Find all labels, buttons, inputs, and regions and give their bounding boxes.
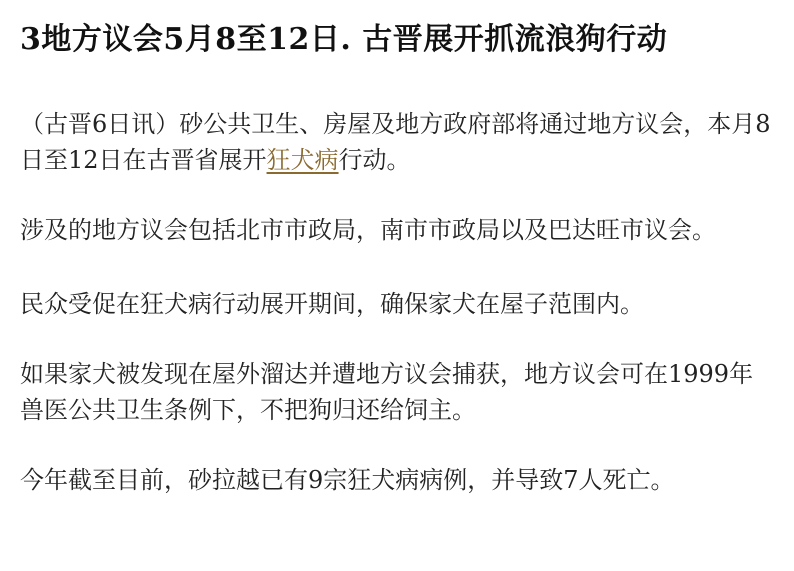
paragraph-lead-tail: 行动。 <box>339 146 411 174</box>
paragraph-statistics: 今年截至目前，砂拉越已有9宗狂犬病病例，并导致7人死亡。 <box>20 462 774 498</box>
paragraph-lead: （古晋6日讯）砂公共卫生、房屋及地方政府部将通过地方议会，本月8日至12日在古晋… <box>20 106 774 178</box>
headline: 3地方议会5月8至12日. 古晋展开抓流浪狗行动 <box>20 0 774 62</box>
rabies-link[interactable]: 狂犬病 <box>267 146 339 174</box>
article: 3地方议会5月8至12日. 古晋展开抓流浪狗行动 （古晋6日讯）砂公共卫生、房屋… <box>0 0 794 498</box>
paragraph-regulation: 如果家犬被发现在屋外溜达并遭地方议会捕获，地方议会可在1999年兽医公共卫生条例… <box>20 356 774 428</box>
paragraph-advice: 民众受促在狂犬病行动展开期间，确保家犬在屋子范围内。 <box>20 286 774 322</box>
paragraph-councils: 涉及的地方议会包括北市市政局，南市市政局以及巴达旺市议会。 <box>20 212 774 248</box>
